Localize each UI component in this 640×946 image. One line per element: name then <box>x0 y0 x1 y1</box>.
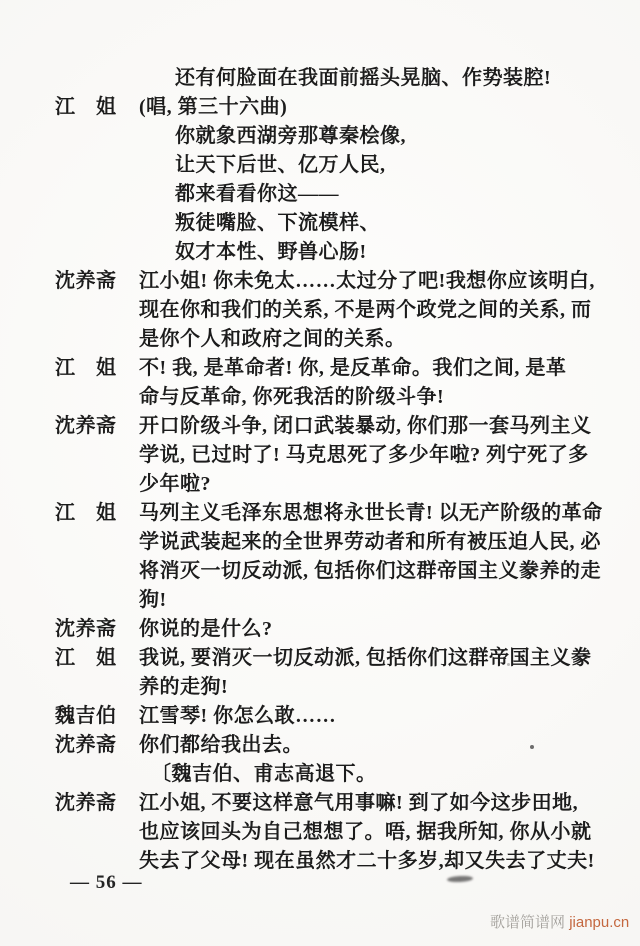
dialogue-text: 你们都给我出去。 <box>0 731 303 760</box>
verse-line: 让天下后世、亿万人民, <box>0 151 640 180</box>
dialogue-line: 沈养斋 江小姐! 你未免太……太过分了吧!我想你应该明白, <box>0 267 640 296</box>
watermark-site-name: 歌谱简谱网 <box>490 914 565 931</box>
speaker-name: 沈养斋 <box>55 615 117 644</box>
speaker-name: 魏吉伯 <box>55 702 117 731</box>
page-number: — 56 — <box>70 872 143 894</box>
speaker-name: 江 姐 <box>55 93 117 122</box>
verse-line: 奴才本性、野兽心肠! <box>0 238 640 267</box>
speaker-name: 沈养斋 <box>55 731 117 760</box>
dialogue-text: (唱, 第三十六曲) <box>0 93 287 122</box>
speaker-name: 沈养斋 <box>55 267 117 296</box>
dialogue-line: 江 姐 马列主义毛泽东思想将永世长青! 以无产阶级的革命 <box>0 499 640 528</box>
dialogue-continuation-line: 是你个人和政府之间的关系。 <box>0 325 640 354</box>
scanned-script-page: 还有何脸面在我面前摇头晃脑、作势装腔! 江 姐 (唱, 第三十六曲) 你就象西湖… <box>0 0 640 946</box>
dialogue-line: 江 姐 不! 我, 是革命者! 你, 是反革命。我们之间, 是革 <box>0 354 640 383</box>
verse-line: 叛徒嘴脸、下流模样、 <box>0 209 640 238</box>
speaker-name: 沈养斋 <box>55 412 117 441</box>
ink-smudge-artifact <box>447 875 473 882</box>
script-text-block: 还有何脸面在我面前摇头晃脑、作势装腔! 江 姐 (唱, 第三十六曲) 你就象西湖… <box>0 64 640 876</box>
dialogue-line: 沈养斋 开口阶级斗争, 闭口武装暴动, 你们那一套马列主义 <box>0 412 640 441</box>
verse-line: 你就象西湖旁那尊秦桧像, <box>0 122 640 151</box>
dialogue-text: 江雪琴! 你怎么敢…… <box>0 702 336 731</box>
verse-line: 都来看看你这—— <box>0 180 640 209</box>
speaker-name: 沈养斋 <box>55 789 117 818</box>
dialogue-continuation-line: 学说, 已过时了! 马克思死了多少年啦? 列宁死了多 <box>0 441 640 470</box>
speaker-name: 江 姐 <box>55 354 117 383</box>
dialogue-continuation-line: 养的走狗! <box>0 673 640 702</box>
dialogue-continuation-line: 少年啦? <box>0 470 640 499</box>
dialogue-continuation-line: 狗! <box>0 586 640 615</box>
paper-speck <box>507 663 510 666</box>
dialogue-continuation-line: 命与反革命, 你死我活的阶级斗争! <box>0 383 640 412</box>
dialogue-continuation-line: 也应该回头为自己想想了。唔, 据我所知, 你从小就 <box>0 818 640 847</box>
dialogue-continuation-line: 现在你和我们的关系, 不是两个政党之间的关系, 而 <box>0 296 640 325</box>
verse-line: 还有何脸面在我面前摇头晃脑、作势装腔! <box>0 64 640 93</box>
stage-direction-line: 〔魏吉伯、甫志高退下。 <box>0 760 640 789</box>
speaker-name: 江 姐 <box>55 499 117 528</box>
speaker-name: 江 姐 <box>55 644 117 673</box>
dialogue-line: 沈养斋 你们都给我出去。 <box>0 731 640 760</box>
dialogue-line: 沈养斋 江小姐, 不要这样意气用事嘛! 到了如今这步田地, <box>0 789 640 818</box>
dialogue-continuation-line: 将消灭一切反动派, 包括你们这群帝国主义豢养的走 <box>0 557 640 586</box>
dialogue-line: 魏吉伯 江雪琴! 你怎么敢…… <box>0 702 640 731</box>
paper-speck <box>530 745 534 749</box>
dialogue-line: 江 姐 我说, 要消灭一切反动派, 包括你们这群帝国主义豢 <box>0 644 640 673</box>
dialogue-text: 你说的是什么? <box>0 615 273 644</box>
watermark-site-url: jianpu.cn <box>569 914 629 931</box>
dialogue-continuation-line: 学说武装起来的全世界劳动者和所有被压迫人民, 必 <box>0 528 640 557</box>
dialogue-line: 沈养斋 你说的是什么? <box>0 615 640 644</box>
watermark: 歌谱简谱网 jianpu.cn <box>490 911 629 932</box>
dialogue-line: 江 姐 (唱, 第三十六曲) <box>0 93 640 122</box>
